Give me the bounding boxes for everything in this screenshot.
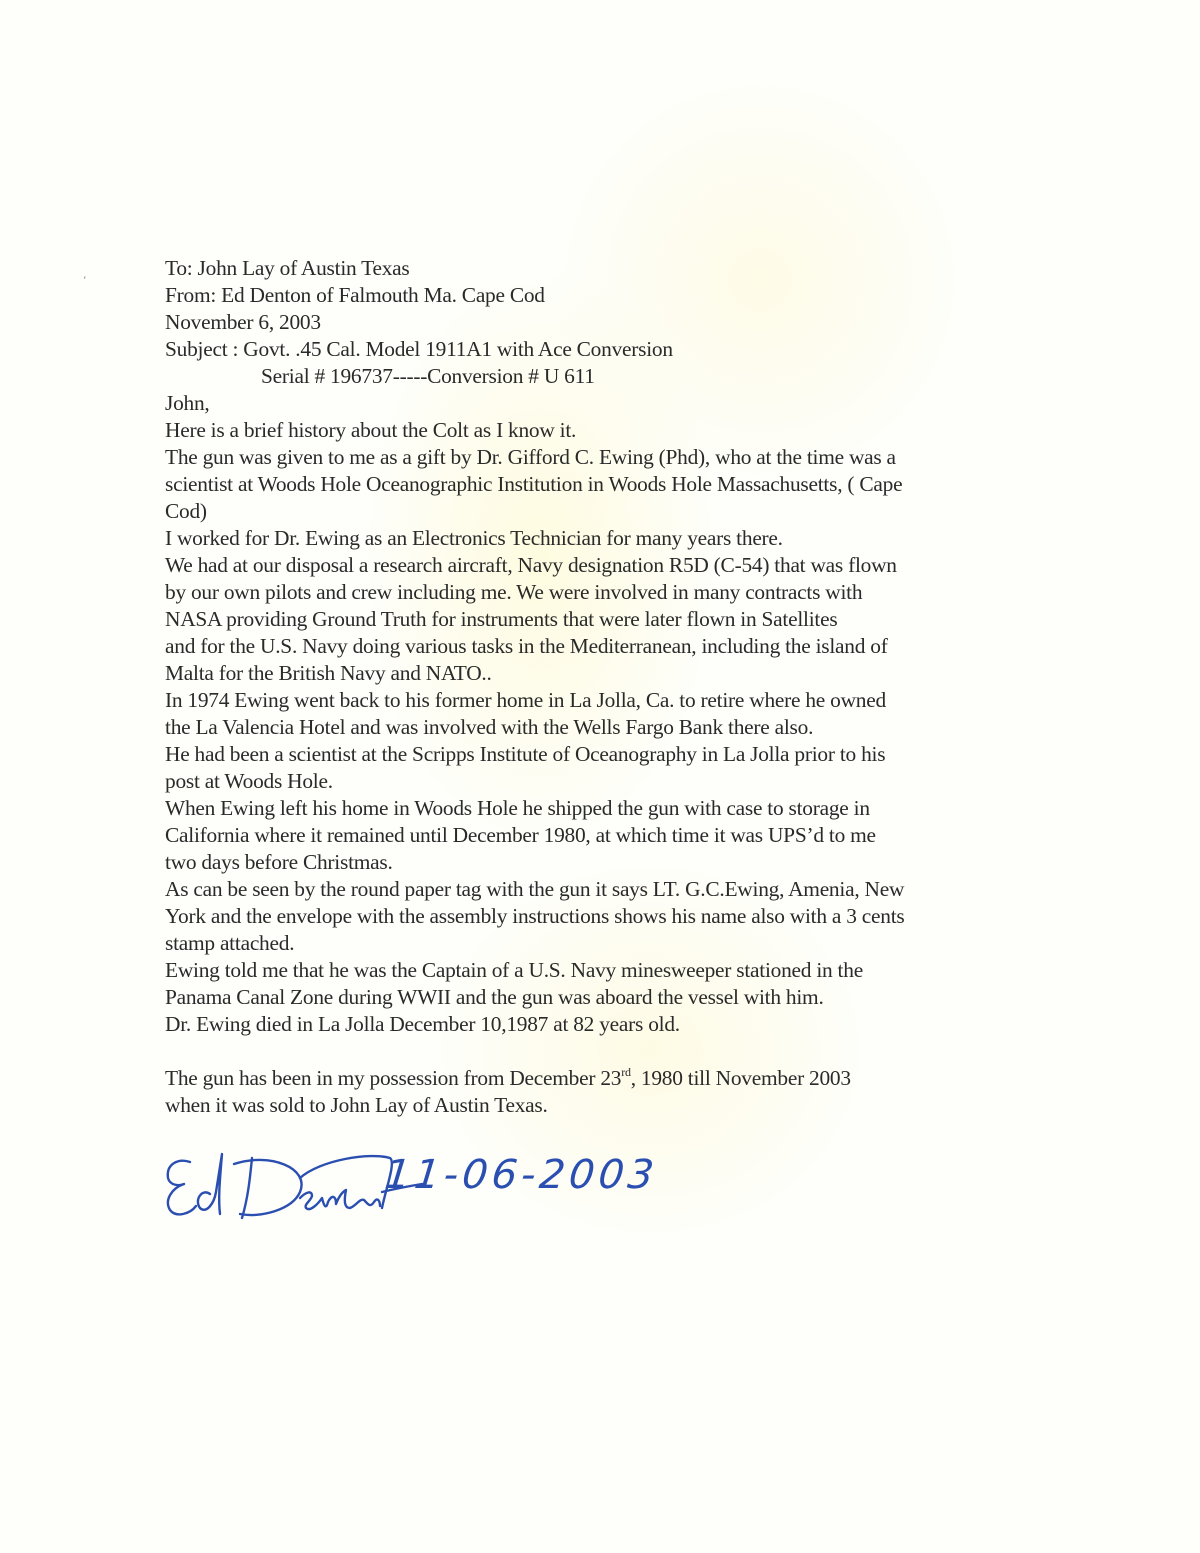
closing-text-a: The gun has been in my possession from D… [165,1066,621,1090]
scanned-letter-page: , To: John Lay of Austin Texas From: Ed … [0,0,1200,1553]
letter-body: To: John Lay of Austin Texas From: Ed De… [165,255,1005,1119]
ordinal-suffix: rd [621,1065,631,1079]
signature-date: 11-06-2003 [383,1152,660,1198]
body-line: post at Woods Hole. [165,768,1005,795]
body-line: We had at our disposal a research aircra… [165,552,1005,579]
body-line: and for the U.S. Navy doing various task… [165,633,1005,660]
body-line: NASA providing Ground Truth for instrume… [165,606,1005,633]
body-line: Malta for the British Navy and NATO.. [165,660,1005,687]
body-line: Panama Canal Zone during WWII and the gu… [165,984,1005,1011]
body-line: two days before Christmas. [165,849,1005,876]
from-line: From: Ed Denton of Falmouth Ma. Cape Cod [165,282,1005,309]
body-line: the La Valencia Hotel and was involved w… [165,714,1005,741]
body-line: As can be seen by the round paper tag wi… [165,876,1005,903]
closing-text-b: , 1980 till November 2003 [631,1066,851,1090]
closing-line-1: The gun has been in my possession from D… [165,1065,1005,1092]
date-line: November 6, 2003 [165,309,1005,336]
body-line: I worked for Dr. Ewing as an Electronics… [165,525,1005,552]
subject-line: Subject : Govt. .45 Cal. Model 1911A1 wi… [165,336,1005,363]
body-line: scientist at Woods Hole Oceanographic In… [165,471,1005,498]
salutation: John, [165,390,1005,417]
closing-line-2: when it was sold to John Lay of Austin T… [165,1092,1005,1119]
letter-paragraphs: Here is a brief history about the Colt a… [165,417,1005,1038]
body-line: When Ewing left his home in Woods Hole h… [165,795,1005,822]
body-line: California where it remained until Decem… [165,822,1005,849]
body-line: He had been a scientist at the Scripps I… [165,741,1005,768]
paragraph-gap [165,1038,1005,1065]
margin-speck: , [83,268,87,281]
body-line: York and the envelope with the assembly … [165,903,1005,930]
body-line: In 1974 Ewing went back to his former ho… [165,687,1005,714]
body-line: Cod) [165,498,1005,525]
body-line: Here is a brief history about the Colt a… [165,417,1005,444]
to-line: To: John Lay of Austin Texas [165,255,1005,282]
body-line: by our own pilots and crew including me.… [165,579,1005,606]
body-line: The gun was given to me as a gift by Dr.… [165,444,1005,471]
body-line: stamp attached. [165,930,1005,957]
body-line: Ewing told me that he was the Captain of… [165,957,1005,984]
body-line: Dr. Ewing died in La Jolla December 10,1… [165,1011,1005,1038]
serial-line: Serial # 196737-----Conversion # U 611 [165,363,1005,390]
